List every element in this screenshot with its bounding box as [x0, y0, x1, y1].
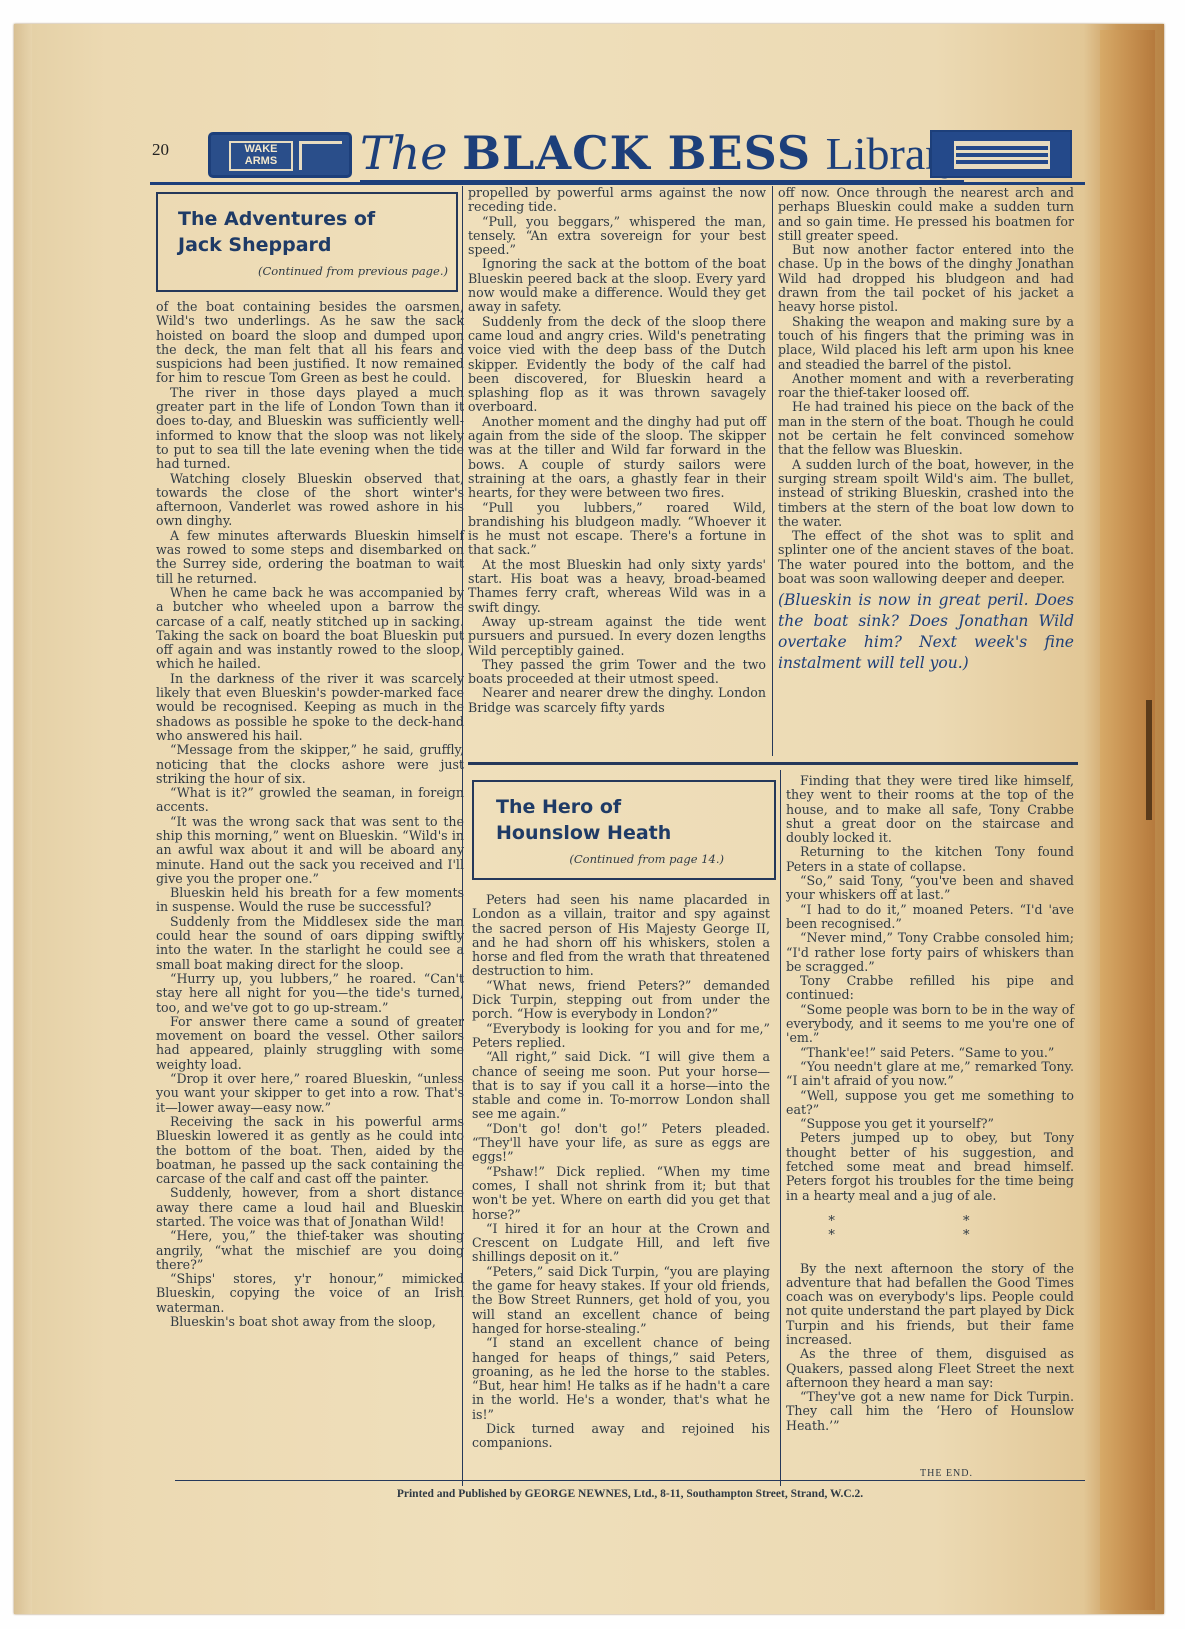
paragraph: But now another factor entered into the … — [778, 243, 1074, 314]
title-the: The — [360, 126, 448, 180]
paragraph: He had trained his piece on the back of … — [778, 400, 1074, 457]
story1-title-line2: Jack Sheppard — [158, 232, 456, 258]
story1-column-3: off now. Once through the nearest arch a… — [778, 186, 1074, 674]
paragraph: Watching closely Blueskin observed that,… — [156, 472, 464, 529]
story1-title-line1: The Adventures of — [158, 194, 456, 232]
page-number: 20 — [152, 140, 169, 160]
paragraph: Shaking the weapon and making sure by a … — [778, 315, 1074, 372]
column-divider — [772, 186, 773, 756]
paragraph: “Thank'ee!” said Peters. “Same to you.” — [786, 1046, 1074, 1060]
paragraph: “You needn't glare at me,” remarked Tony… — [786, 1060, 1074, 1089]
paragraph: “What news, friend Peters?” demanded Dic… — [472, 979, 770, 1022]
column-divider — [780, 770, 781, 1486]
paragraph: “Message from the skipper,” he said, gru… — [156, 743, 464, 786]
story2-title-line1: The Hero of — [474, 782, 774, 820]
signpost-icon — [299, 141, 342, 170]
paragraph: “Suppose you get it yourself?” — [786, 1117, 1074, 1131]
paragraph: “They've got a new name for Dick Turpin.… — [786, 1390, 1074, 1433]
paragraph: Returning to the kitchen Tony found Pete… — [786, 845, 1074, 874]
paragraph: At the most Blueskin had only sixty yard… — [468, 558, 766, 615]
paragraph: Receiving the sack in his powerful arms … — [156, 1115, 464, 1186]
gate-icon — [930, 130, 1072, 178]
paragraph: “Everybody is looking for you and for me… — [472, 1022, 770, 1051]
paragraph: For answer there came a sound of greater… — [156, 1015, 464, 1072]
story2-continued-note: (Continued from page 14.) — [474, 846, 774, 866]
the-end-marker: THE END. — [920, 1468, 973, 1479]
paragraph: “Never mind,” Tony Crabbe consoled him; … — [786, 931, 1074, 974]
story2-title-line2: Hounslow Heath — [474, 820, 774, 846]
paragraph: “Some people was born to be in the way o… — [786, 1003, 1074, 1046]
paragraph: Nearer and nearer drew the dinghy. Londo… — [468, 686, 766, 715]
paragraph: propelled by powerful arms against the n… — [468, 186, 766, 215]
paragraph: Another moment and with a reverberating … — [778, 372, 1074, 401]
paragraph: “Pshaw!” Dick replied. “When my time com… — [472, 1165, 770, 1222]
paragraph: “Peters,” said Dick Turpin, “you are pla… — [472, 1265, 770, 1336]
paragraph: Suddenly from the Middlesex side the man… — [156, 915, 464, 972]
paragraph: “Pull, you beggars,” whispered the man, … — [468, 215, 766, 258]
paragraph: “Well, suppose you get me something to e… — [786, 1089, 1074, 1118]
story2-column-2: Finding that they were tired like himsel… — [786, 774, 1074, 1433]
paragraph: “Here, you,” the thief-taker was shoutin… — [156, 1229, 464, 1272]
paragraph: “I had to do it,” moaned Peters. “I'd 'a… — [786, 903, 1074, 932]
section-break-stars: * * * * — [786, 1215, 1074, 1244]
next-week-teaser: (Blueskin is now in great peril. Does th… — [778, 590, 1074, 674]
paragraph: “Ships' stores, y'r honour,” mimicked Bl… — [156, 1272, 464, 1315]
story-separator-rule — [468, 762, 1078, 765]
paragraph: The river in those days played a much gr… — [156, 386, 464, 472]
story1-column-1: of the boat containing besides the oarsm… — [156, 300, 464, 1329]
footer-rule — [175, 1480, 1085, 1481]
page-left-edge — [14, 24, 32, 1614]
paragraph: A sudden lurch of the boat, however, in … — [778, 458, 1074, 529]
title-black-bess: BLACK BESS — [462, 126, 811, 180]
paragraph: “Don't go! don't go!” Peters pleaded. “T… — [472, 1122, 770, 1165]
wake-arms-label: WAKE ARMS — [229, 141, 293, 171]
story2-column-1: Peters had seen his name placarded in Lo… — [472, 893, 770, 1451]
masthead-header: 20 WAKE ARMS The BLACK BESS Library — [150, 130, 1080, 190]
paragraph: off now. Once through the nearest arch a… — [778, 186, 1074, 243]
story1-column-2: propelled by powerful arms against the n… — [468, 186, 766, 715]
printer-imprint: Printed and Published by GEORGE NEWNES, … — [175, 1488, 1085, 1500]
paragraph: Ignoring the sack at the bottom of the b… — [468, 257, 766, 314]
wake-arms-sign-icon: WAKE ARMS — [208, 132, 352, 178]
story1-title-box: The Adventures of Jack Sheppard (Continu… — [156, 192, 458, 292]
paragraph: Dick turned away and rejoined his compan… — [472, 1422, 770, 1451]
paragraph: “What is it?” growled the seaman, in for… — [156, 786, 464, 815]
paragraph: Blueskin's boat shot away from the sloop… — [156, 1315, 464, 1329]
paragraph: “Drop it over here,” roared Blueskin, “u… — [156, 1072, 464, 1115]
story2-title-box: The Hero of Hounslow Heath (Continued fr… — [472, 780, 776, 880]
paragraph: By the next afternoon the story of the a… — [786, 1262, 1074, 1348]
paragraph: “I hired it for an hour at the Crown and… — [472, 1222, 770, 1265]
paragraph: Finding that they were tired like himsel… — [786, 774, 1074, 845]
paragraph: Peters jumped up to obey, but Tony thoug… — [786, 1131, 1074, 1202]
page-spine-band — [1100, 30, 1155, 1610]
story1-continued-note: (Continued from previous page.) — [158, 258, 456, 278]
gate-bars-icon — [954, 141, 1050, 169]
paragraph: “So,” said Tony, “you've been and shaved… — [786, 874, 1074, 903]
paragraph: Suddenly, however, from a short distance… — [156, 1186, 464, 1229]
paragraph: Another moment and the dinghy had put of… — [468, 415, 766, 501]
paragraph: When he came back he was accompanied by … — [156, 586, 464, 672]
paragraph: “Hurry up, you lubbers,” he roared. “Can… — [156, 972, 464, 1015]
paragraph: Away up-stream against the tide went pur… — [468, 615, 766, 658]
publication-title: The BLACK BESS Library — [360, 126, 964, 183]
paragraph: They passed the grim Tower and the two b… — [468, 658, 766, 687]
paragraph: A few minutes afterwards Blueskin himsel… — [156, 529, 464, 586]
paragraph: Suddenly from the deck of the sloop ther… — [468, 315, 766, 415]
paragraph: Blueskin held his breath for a few momen… — [156, 886, 464, 915]
paragraph: “Pull you lubbers,” roared Wild, brandis… — [468, 501, 766, 558]
paragraph: “I stand an excellent chance of being ha… — [472, 1336, 770, 1422]
paragraph: Peters had seen his name placarded in Lo… — [472, 893, 770, 979]
paragraph: “All right,” said Dick. “I will give the… — [472, 1050, 770, 1121]
spine-tear — [1146, 700, 1152, 820]
column-divider — [462, 186, 463, 1486]
paragraph: “It was the wrong sack that was sent to … — [156, 815, 464, 886]
paragraph: Tony Crabbe refilled his pipe and contin… — [786, 974, 1074, 1003]
paragraph: As the three of them, disguised as Quake… — [786, 1347, 1074, 1390]
paragraph: of the boat containing besides the oarsm… — [156, 300, 464, 386]
paragraph: In the darkness of the river it was scar… — [156, 672, 464, 743]
paragraph: The effect of the shot was to split and … — [778, 529, 1074, 586]
